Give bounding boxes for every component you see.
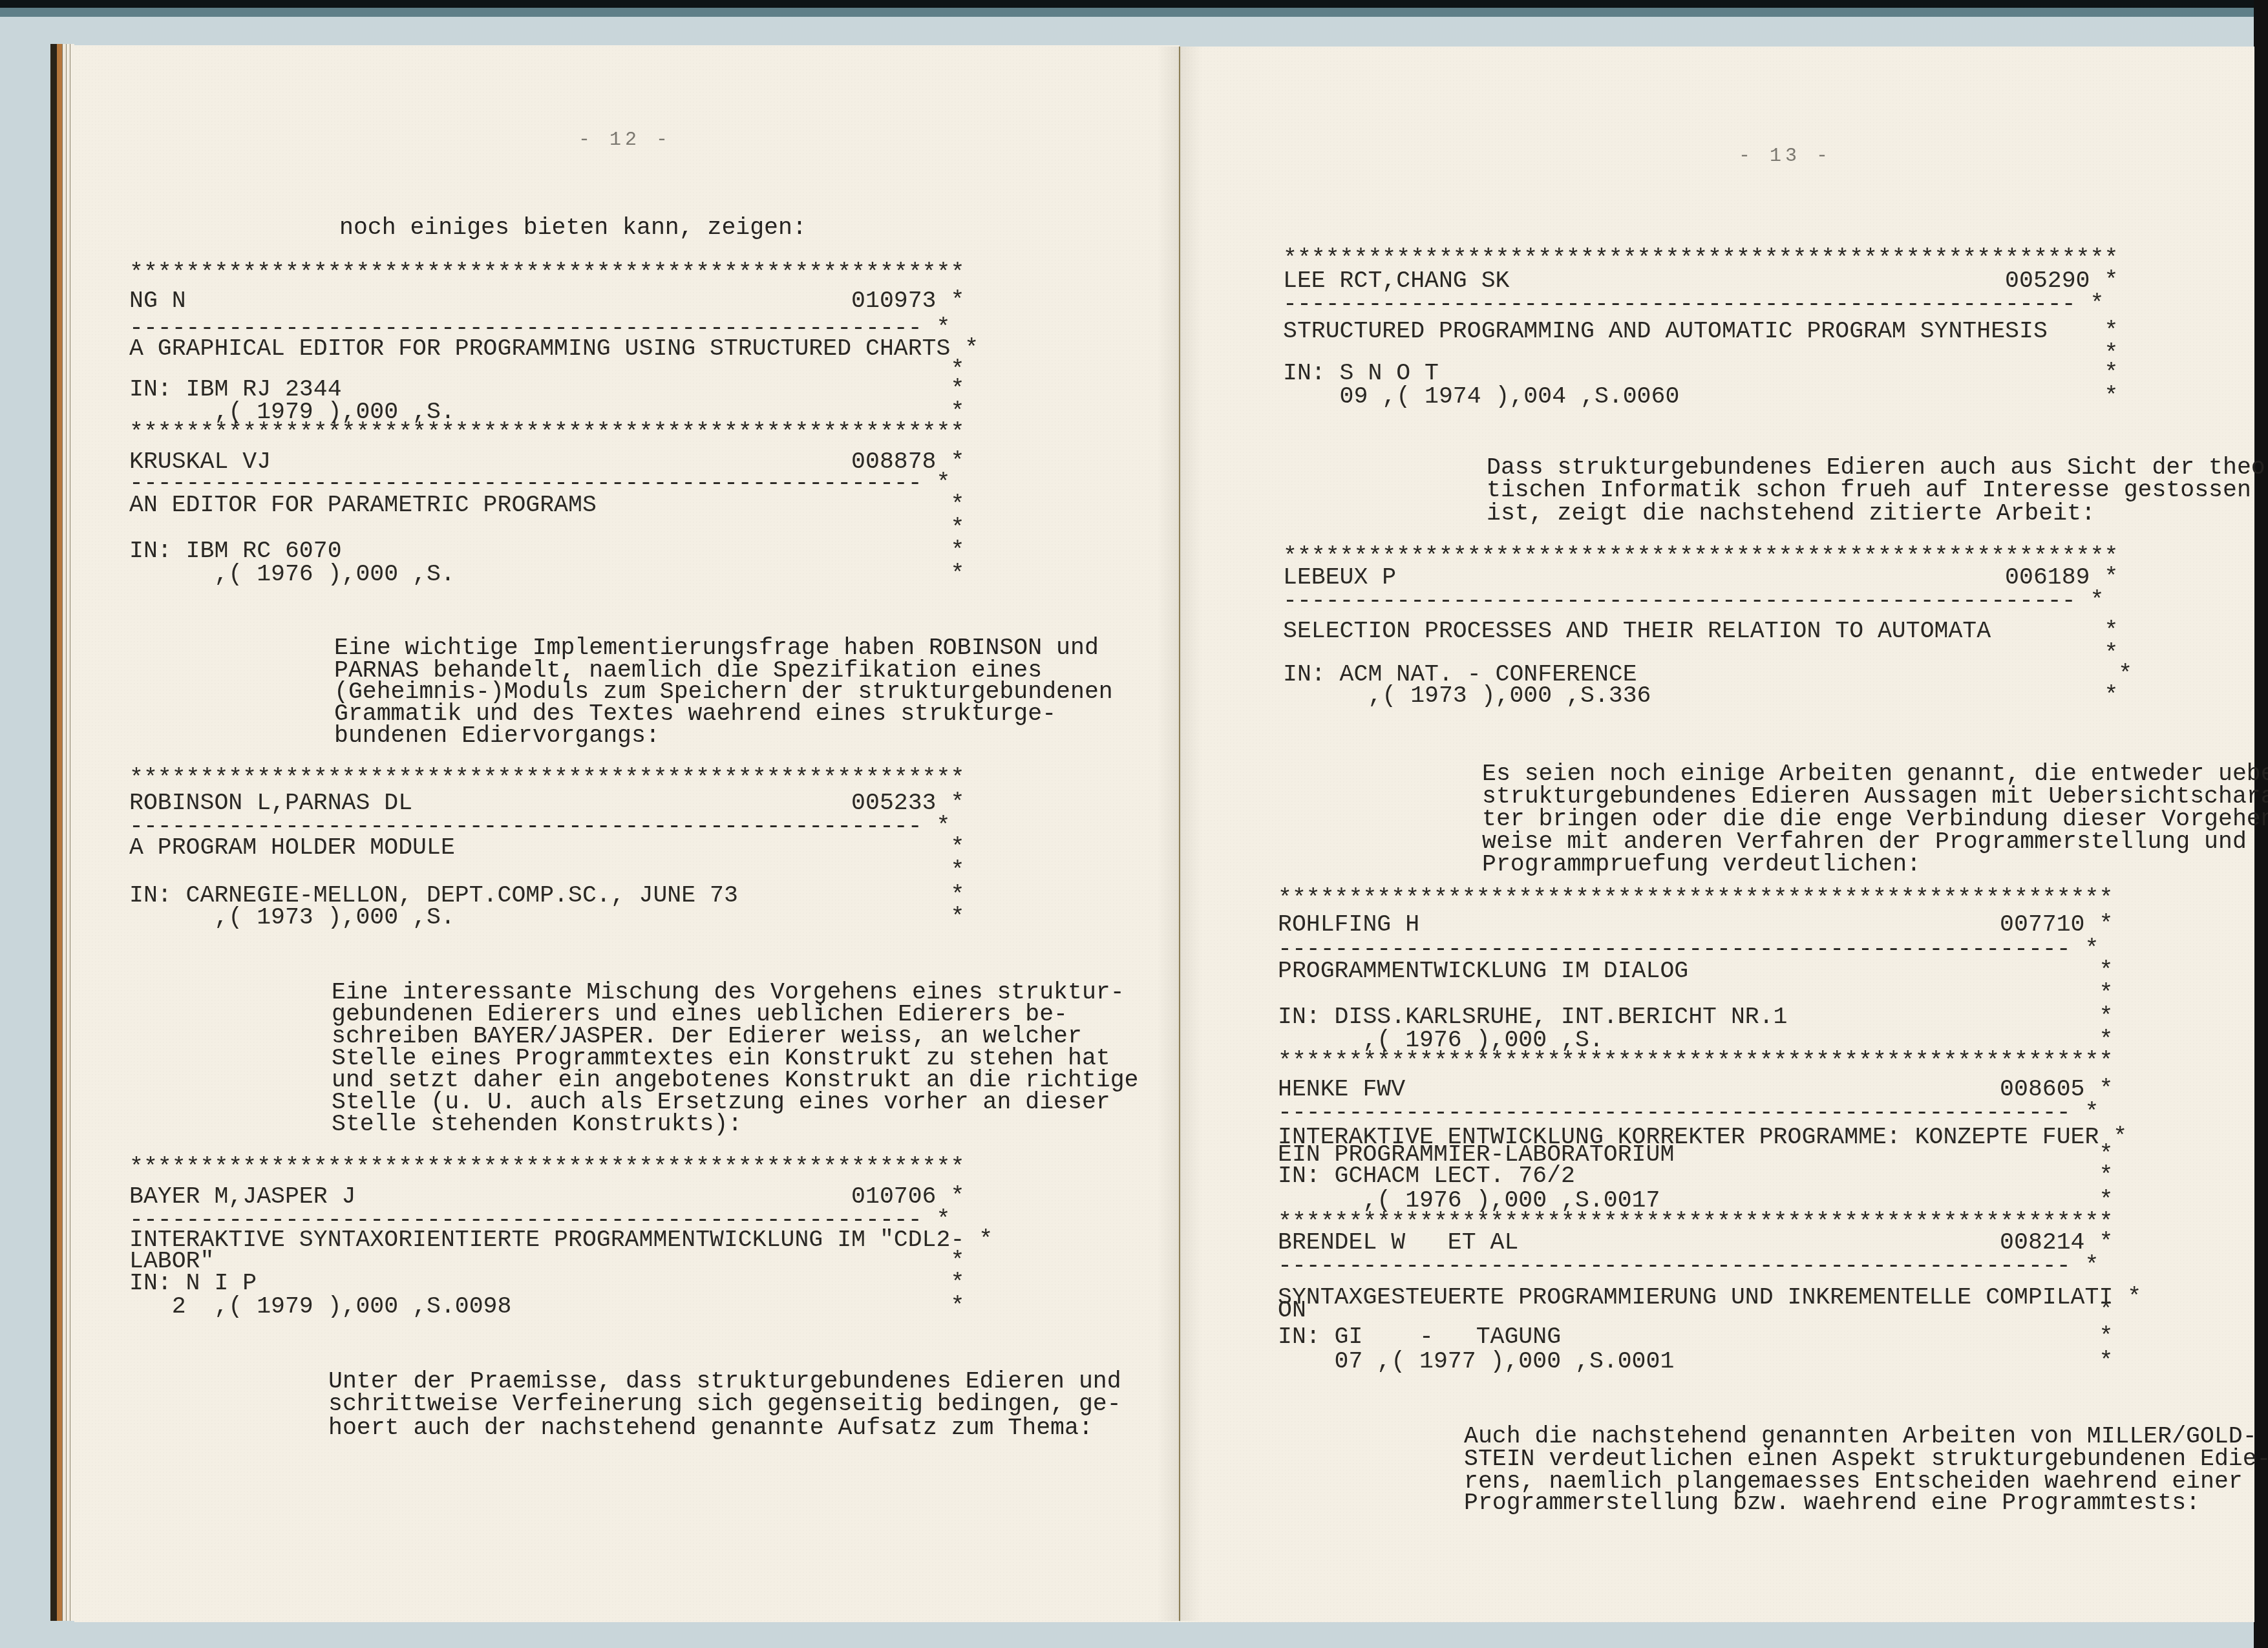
book-gutter [1179,47,1180,1621]
bibliography-entry-line: ROHLFING H 007710 * [1278,913,2113,937]
paragraph-line: bundenen Ediervorgangs: [334,724,660,748]
bibliography-entry-line: ****************************************… [129,1156,964,1180]
bibliography-entry-line: NG N 010973 * [129,290,964,313]
bibliography-entry-line: ****************************************… [1278,1050,2113,1074]
bibliography-entry-line: 07 ,( 1977 ),000 ,S.0001 * [1278,1350,2113,1374]
bibliography-entry-line: ,( 1973 ),000 ,S. * [129,906,964,930]
paragraph-line: schrittweise Verfeinerung sich gegenseit… [328,1393,1121,1417]
bibliography-entry-line: IN: DISS.KARLSRUHE, INT.BERICHT NR.1 * [1278,1006,2113,1030]
bibliography-entry-line: BAYER M,JASPER J 010706 * [129,1185,964,1209]
paragraph-line: Programmpruefung verdeutlichen: [1482,853,1921,877]
bibliography-entry-line: IN: IBM RC 6070 * [129,540,964,564]
paragraph-line: Programmerstellung bzw. waehrend eine Pr… [1464,1492,2200,1516]
paragraph-line: ist, zeigt die nachstehend zitierte Arbe… [1487,502,2095,526]
bibliography-entry-line: BRENDEL W ET AL 008214 * [1278,1231,2113,1255]
bibliography-entry-line: ****************************************… [129,262,964,286]
bibliography-entry-line: LEBEUX P 006189 * [1283,566,2118,590]
bibliography-entry-line: ----------------------------------------… [1283,589,2104,613]
paragraph-line: hoert auch der nachstehend genannte Aufs… [328,1417,1093,1441]
bibliography-entry-line: ****************************************… [1278,887,2113,911]
page-stack-edge [70,44,74,1621]
bibliography-entry-line: LEE RCT,CHANG SK 005290 * [1283,269,2118,293]
bibliography-entry-line: 2 ,( 1979 ),000 ,S.0098 * [129,1295,964,1319]
scanner-edge-shadow [0,8,2268,17]
bibliography-entry-line: AN EDITOR FOR PARAMETRIC PROGRAMS * [129,494,964,518]
scanner-edge-top [0,0,2268,8]
bibliography-entry-line: * [129,860,964,883]
bibliography-entry-line: ****************************************… [129,767,964,791]
page-number-right: - 13 - [1739,145,1832,167]
bibliography-entry-line: HENKE FWV 008605 * [1278,1078,2113,1102]
bibliography-entry-line: IN: GI - TAGUNG * [1278,1326,2113,1349]
bibliography-entry-line: IN: S N O T * [1283,362,2118,386]
bibliography-entry-line: ----------------------------------------… [1278,1101,2099,1125]
bibliography-entry-line: IN: N I P * [129,1272,964,1296]
paragraph-line: Stelle stehenden Konstrukts): [332,1113,742,1137]
bibliography-entry-line: A PROGRAM HOLDER MODULE * [129,836,964,860]
bibliography-entry-line: ----------------------------------------… [1283,293,2104,317]
bibliography-entry-line: IN: GCHACM LECT. 76/2 * [1278,1165,2113,1188]
paragraph-line: noch einiges bieten kann, zeigen: [339,217,807,240]
bibliography-entry-line: * [1278,982,2113,1006]
page-stack-edge [50,44,57,1621]
bibliography-entry-line: ,( 1973 ),000 ,S.336 * [1283,684,2118,708]
bibliography-entry-line: ON * [1278,1299,2113,1323]
bibliography-entry-line: ****************************************… [129,421,964,445]
bibliography-entry-line: ROBINSON L,PARNAS DL 005233 * [129,792,964,816]
bibliography-entry-line: 09 ,( 1974 ),004 ,S.0060 * [1283,385,2118,409]
paragraph-line: tischen Informatik schon frueh auf Inter… [1487,479,2251,503]
bibliography-entry-line: ,( 1976 ),000 ,S. * [129,563,964,587]
page-number-left: - 12 - [578,129,672,151]
page-stack-edge [57,44,62,1621]
bibliography-entry-line: ----------------------------------------… [1278,1254,2099,1278]
